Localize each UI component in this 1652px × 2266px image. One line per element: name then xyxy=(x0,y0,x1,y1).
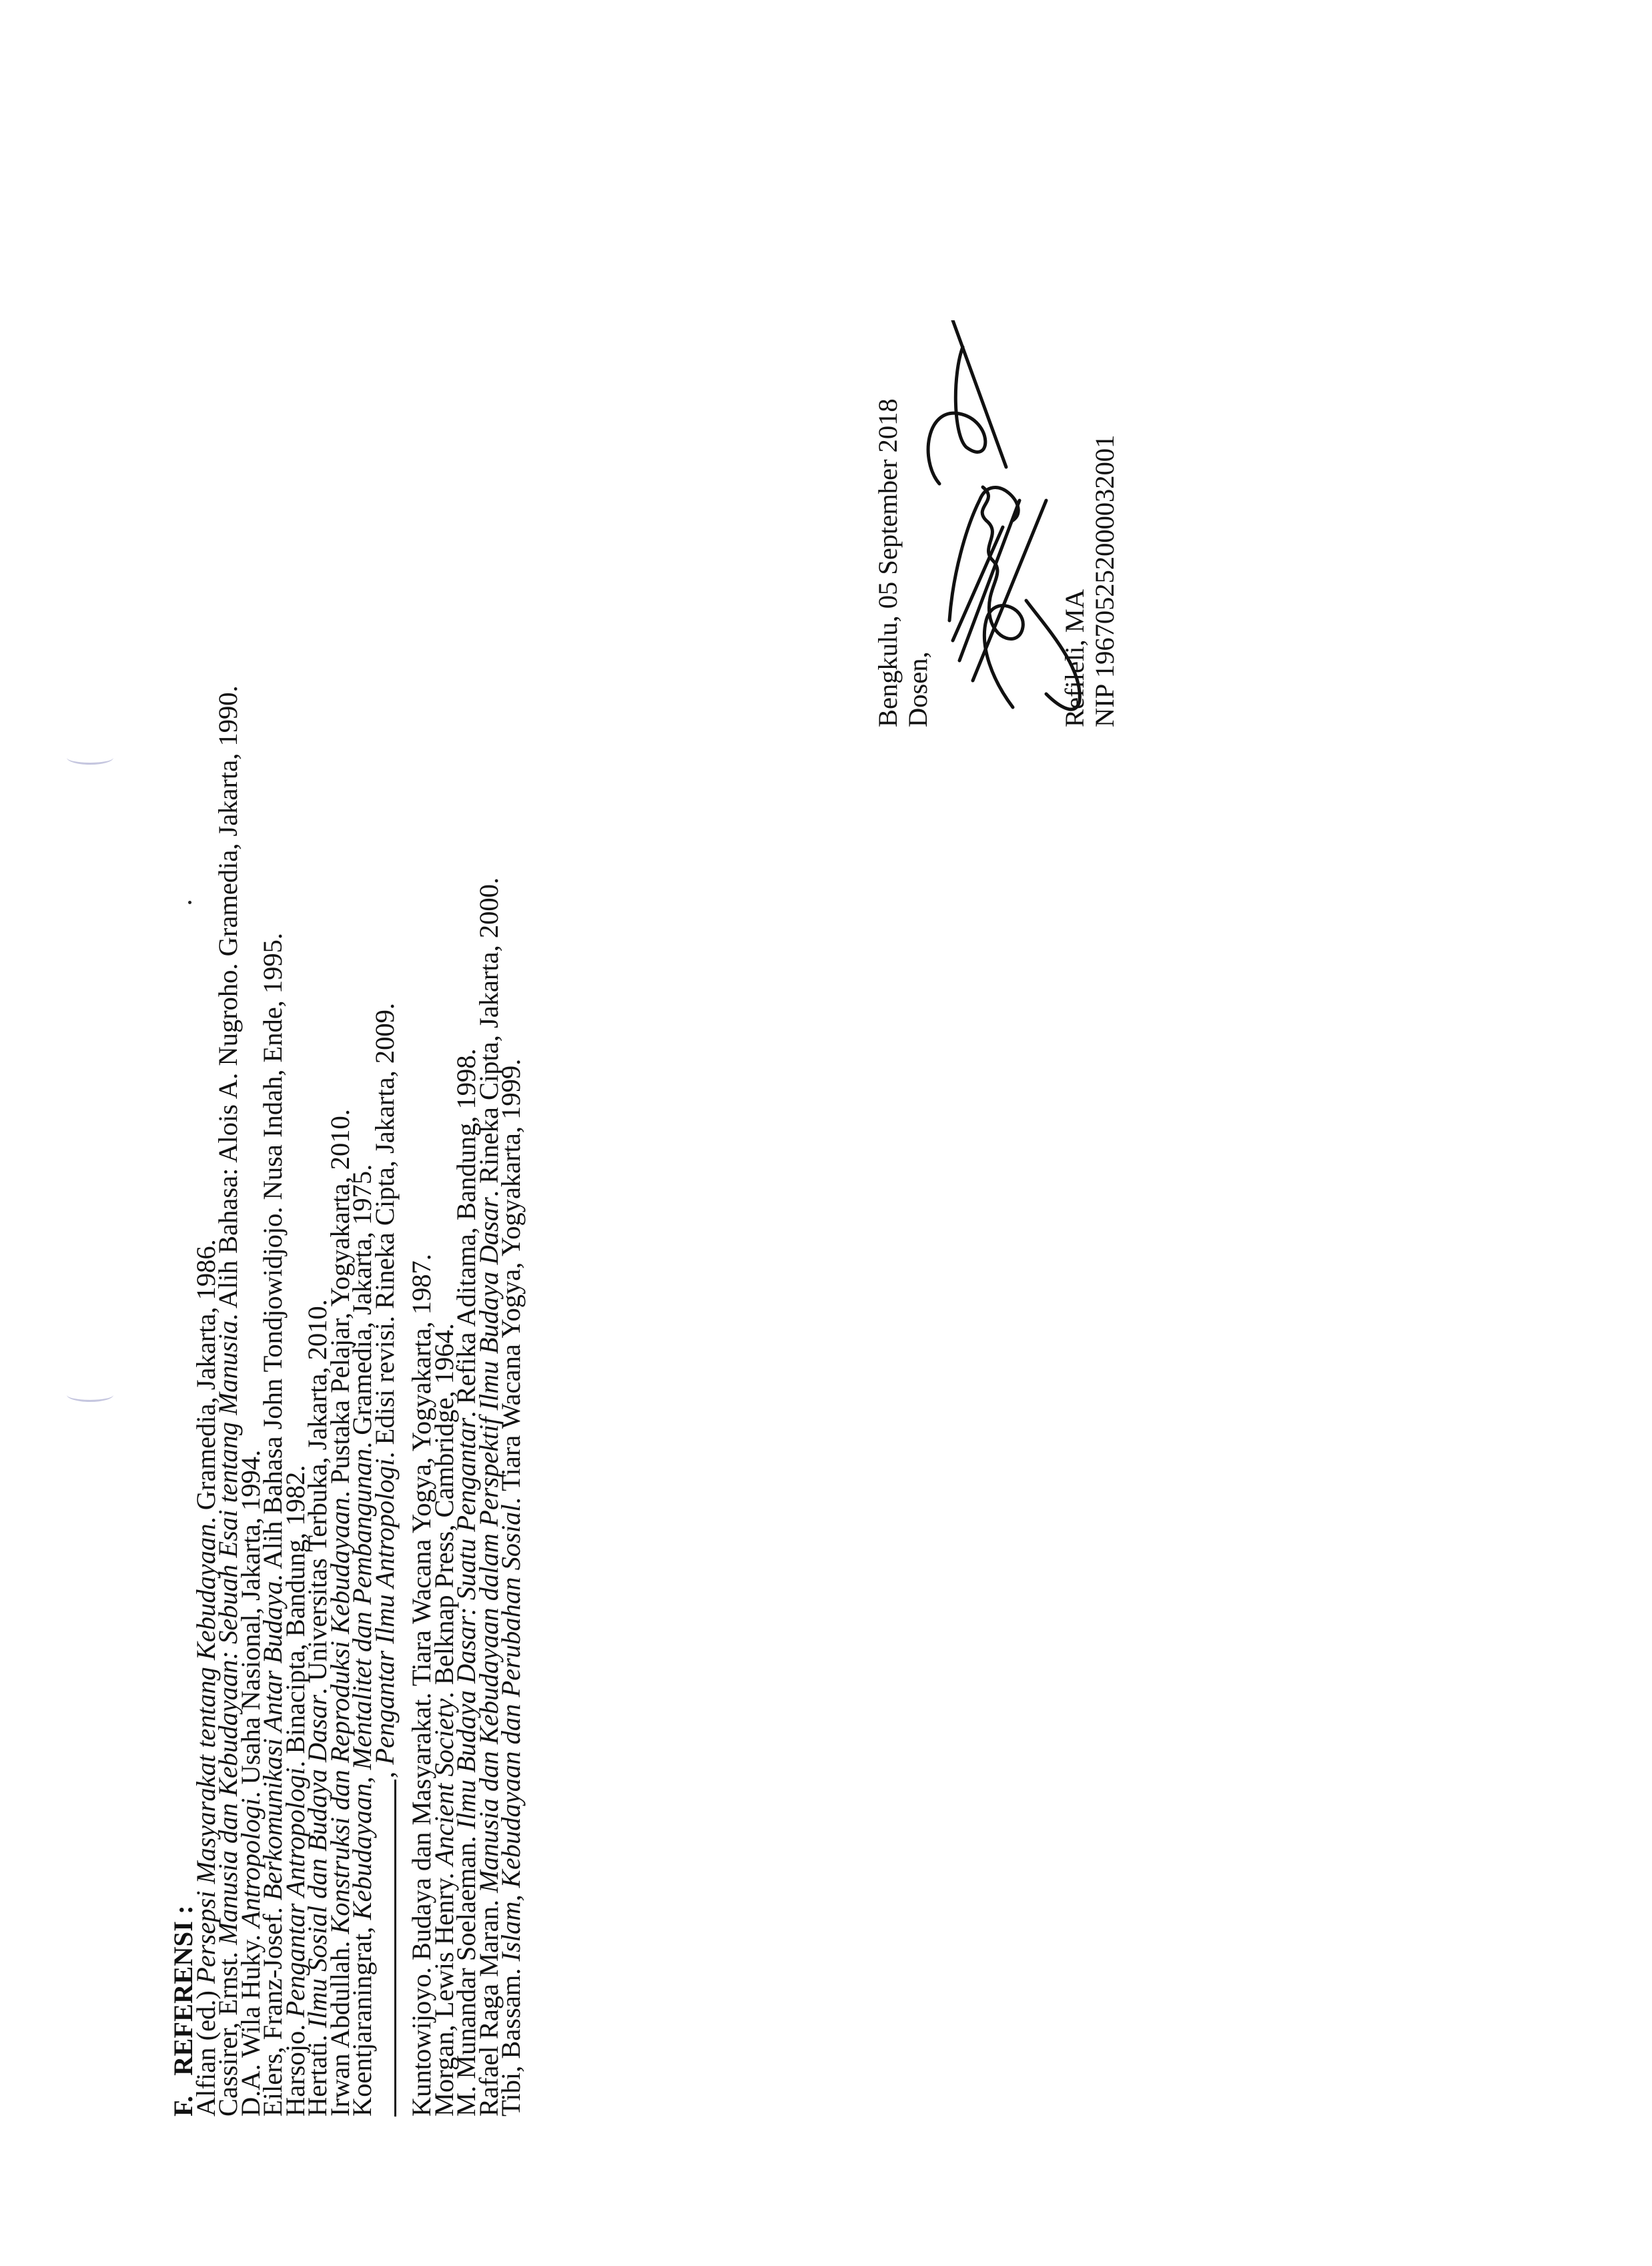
punch-hole-mark xyxy=(67,1388,113,1402)
handwritten-signature-icon xyxy=(913,320,1086,721)
ditto-rule xyxy=(394,1780,396,2117)
signature-area xyxy=(933,127,1060,727)
reference-item: Tibi, Bassam. Islam, Kebudayaan dan Peru… xyxy=(500,248,522,2117)
place-date: Bengkulu, 05 September 2018 xyxy=(873,127,903,727)
scanned-page: F.REFERENSI : Alfian (ed.) Persepsi Masy… xyxy=(0,0,1652,2266)
references-section: F.REFERENSI : Alfian (ed.) Persepsi Masy… xyxy=(172,248,522,2117)
signer-nip: NIP 196705252000032001 xyxy=(1090,127,1120,727)
punch-hole-mark xyxy=(67,751,113,765)
signature-block: Bengkulu, 05 September 2018 Dosen, Refil… xyxy=(873,127,1120,727)
reference-item-ditto: , Pengantar Ilmu Antropologi. Edisi revi… xyxy=(374,248,396,2117)
